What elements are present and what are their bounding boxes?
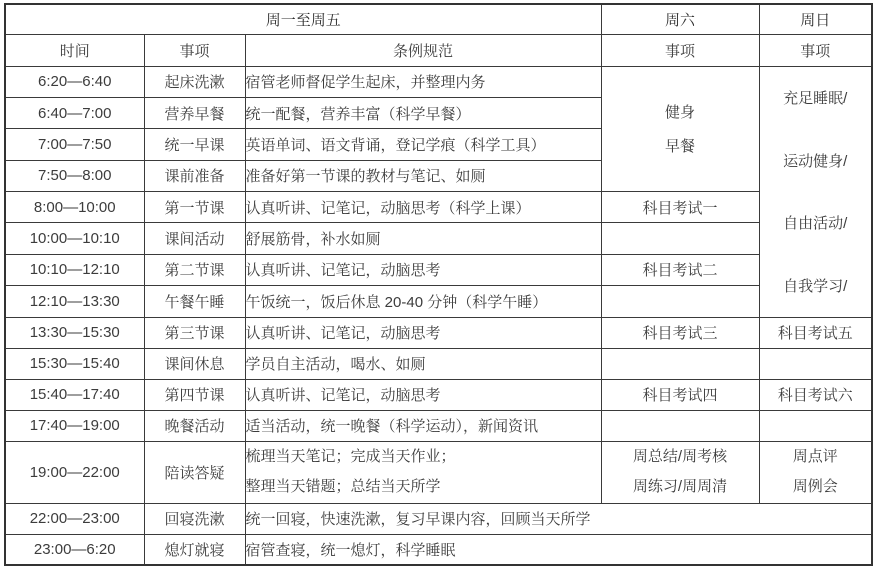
time-cell: 10:10—12:10 xyxy=(5,254,144,285)
rule-cell: 宿管老师督促学生起床，并整理内务 xyxy=(245,66,601,97)
saturday-line: 健身 xyxy=(665,101,695,122)
time-cell: 22:00—23:00 xyxy=(5,503,144,534)
table-row: 12:10—13:30 午餐午睡 午饭统一，饭后休息 20-40 分钟（科学午睡… xyxy=(5,286,872,317)
saturday-empty-cell xyxy=(601,286,759,317)
activity-cell: 第二节课 xyxy=(144,254,245,285)
time-cell: 19:00—22:00 xyxy=(5,441,144,503)
schedule-sheet: 周一至周五 周六 周日 时间 事项 条例规范 事项 事项 6:20—6:40 起… xyxy=(0,0,880,566)
rule-line: 梳理当天笔记；完成当天作业； xyxy=(246,442,601,472)
rule-cell: 梳理当天笔记；完成当天作业； 整理当天错题；总结当天所学 xyxy=(245,441,601,503)
saturday-cell: 科目考试三 xyxy=(601,317,759,348)
activity-cell: 回寝洗漱 xyxy=(144,503,245,534)
activity-cell: 陪读答疑 xyxy=(144,441,245,503)
rule-cell: 午饭统一，饭后休息 20-40 分钟（科学午睡） xyxy=(245,286,601,317)
table-row: 17:40—19:00 晚餐活动 适当活动，统一晚餐（科学运动），新闻资讯 xyxy=(5,410,872,441)
saturday-empty-cell xyxy=(601,410,759,441)
table-row: 10:10—12:10 第二节课 认真听讲、记笔记，动脑思考 科目考试二 xyxy=(5,254,872,285)
time-cell: 13:30—15:30 xyxy=(5,317,144,348)
activity-cell: 第四节课 xyxy=(144,379,245,410)
header-weekdays: 周一至周五 xyxy=(5,4,601,34)
table-row: 6:20—6:40 起床洗漱 宿管老师督促学生起床，并整理内务 健身 早餐 充足… xyxy=(5,66,872,97)
table-row: 19:00—22:00 陪读答疑 梳理当天笔记；完成当天作业； 整理当天错题；总… xyxy=(5,441,872,503)
rule-cell: 学员自主活动，喝水、如厕 xyxy=(245,348,601,379)
sunday-morning-merged-cell: 充足睡眠/ 运动健身/ 自由活动/ 自我学习/ xyxy=(759,66,872,317)
table-row: 22:00—23:00 回寝洗漱 统一回寝，快速洗漱，复习早课内容，回顾当天所学 xyxy=(5,503,872,534)
sunday-empty-cell xyxy=(759,410,872,441)
subheader-sunday-item: 事项 xyxy=(759,34,872,66)
activity-cell: 课间活动 xyxy=(144,223,245,254)
saturday-cell: 科目考试四 xyxy=(601,379,759,410)
saturday-cell: 科目考试二 xyxy=(601,254,759,285)
sunday-empty-cell xyxy=(759,348,872,379)
rule-cell-full-width: 统一回寝，快速洗漱，复习早课内容，回顾当天所学 xyxy=(245,503,872,534)
saturday-line: 周练习/周周清 xyxy=(602,472,759,502)
saturday-empty-cell xyxy=(601,348,759,379)
sunday-line: 运动健身/ xyxy=(783,150,847,171)
table-row: 15:30—15:40 课间休息 学员自主活动，喝水、如厕 xyxy=(5,348,872,379)
subheader-saturday-item: 事项 xyxy=(601,34,759,66)
table-row-header-top: 周一至周五 周六 周日 xyxy=(5,4,872,34)
saturday-morning-merged-cell: 健身 早餐 xyxy=(601,66,759,192)
rule-cell: 准备好第一节课的教材与笔记、如厕 xyxy=(245,160,601,191)
sunday-cell: 科目考试六 xyxy=(759,379,872,410)
saturday-line: 早餐 xyxy=(665,135,695,156)
time-cell: 15:40—17:40 xyxy=(5,379,144,410)
table-row: 8:00—10:00 第一节课 认真听讲、记笔记，动脑思考（科学上课） 科目考试… xyxy=(5,192,872,223)
activity-cell: 课前准备 xyxy=(144,160,245,191)
activity-cell: 课间休息 xyxy=(144,348,245,379)
rule-line: 整理当天错题；总结当天所学 xyxy=(246,472,601,502)
time-cell: 15:30—15:40 xyxy=(5,348,144,379)
table-row: 15:40—17:40 第四节课 认真听讲、记笔记，动脑思考 科目考试四 科目考… xyxy=(5,379,872,410)
subheader-rule: 条例规范 xyxy=(245,34,601,66)
header-saturday: 周六 xyxy=(601,4,759,34)
table-row-header-sub: 时间 事项 条例规范 事项 事项 xyxy=(5,34,872,66)
schedule-table: 周一至周五 周六 周日 时间 事项 条例规范 事项 事项 6:20—6:40 起… xyxy=(4,3,873,566)
sunday-cell: 周点评 周例会 xyxy=(759,441,872,503)
rule-cell: 认真听讲、记笔记，动脑思考（科学上课） xyxy=(245,192,601,223)
activity-cell: 第一节课 xyxy=(144,192,245,223)
sunday-morning-lines: 充足睡眠/ 运动健身/ 自由活动/ 自我学习/ xyxy=(760,67,872,317)
time-cell: 8:00—10:00 xyxy=(5,192,144,223)
table-row: 23:00—6:20 熄灯就寝 宿管查寝，统一熄灯，科学睡眠 xyxy=(5,534,872,565)
saturday-empty-cell xyxy=(601,223,759,254)
saturday-morning-lines: 健身 早餐 xyxy=(602,101,759,156)
table-row: 10:00—10:10 课间活动 舒展筋骨，补水如厕 xyxy=(5,223,872,254)
rule-cell: 舒展筋骨，补水如厕 xyxy=(245,223,601,254)
rule-cell-full-width: 宿管查寝，统一熄灯，科学睡眠 xyxy=(245,534,872,565)
sunday-line: 自我学习/ xyxy=(783,275,847,296)
rule-cell: 适当活动，统一晚餐（科学运动），新闻资讯 xyxy=(245,410,601,441)
time-cell: 6:20—6:40 xyxy=(5,66,144,97)
subheader-time: 时间 xyxy=(5,34,144,66)
time-cell: 17:40—19:00 xyxy=(5,410,144,441)
time-cell: 7:00—7:50 xyxy=(5,129,144,160)
activity-cell: 午餐午睡 xyxy=(144,286,245,317)
saturday-cell: 科目考试一 xyxy=(601,192,759,223)
activity-cell: 统一早课 xyxy=(144,129,245,160)
sunday-line: 周例会 xyxy=(760,472,872,502)
activity-cell: 起床洗漱 xyxy=(144,66,245,97)
table-row: 13:30—15:30 第三节课 认真听讲、记笔记，动脑思考 科目考试三 科目考… xyxy=(5,317,872,348)
activity-cell: 熄灯就寝 xyxy=(144,534,245,565)
sunday-line: 自由活动/ xyxy=(783,212,847,233)
sunday-line: 周点评 xyxy=(760,442,872,472)
time-cell: 10:00—10:10 xyxy=(5,223,144,254)
rule-cell: 英语单词、语文背诵，登记学痕（科学工具） xyxy=(245,129,601,160)
saturday-line: 周总结/周考核 xyxy=(602,442,759,472)
time-cell: 12:10—13:30 xyxy=(5,286,144,317)
time-cell: 23:00—6:20 xyxy=(5,534,144,565)
subheader-item: 事项 xyxy=(144,34,245,66)
rule-cell: 认真听讲、记笔记，动脑思考 xyxy=(245,254,601,285)
time-cell: 6:40—7:00 xyxy=(5,97,144,128)
saturday-cell: 周总结/周考核 周练习/周周清 xyxy=(601,441,759,503)
sunday-line: 充足睡眠/ xyxy=(783,87,847,108)
time-cell: 7:50—8:00 xyxy=(5,160,144,191)
rule-cell: 认真听讲、记笔记，动脑思考 xyxy=(245,379,601,410)
header-sunday: 周日 xyxy=(759,4,872,34)
rule-cell: 统一配餐，营养丰富（科学早餐） xyxy=(245,97,601,128)
rule-cell: 认真听讲、记笔记，动脑思考 xyxy=(245,317,601,348)
activity-cell: 营养早餐 xyxy=(144,97,245,128)
activity-cell: 晚餐活动 xyxy=(144,410,245,441)
activity-cell: 第三节课 xyxy=(144,317,245,348)
sunday-cell: 科目考试五 xyxy=(759,317,872,348)
